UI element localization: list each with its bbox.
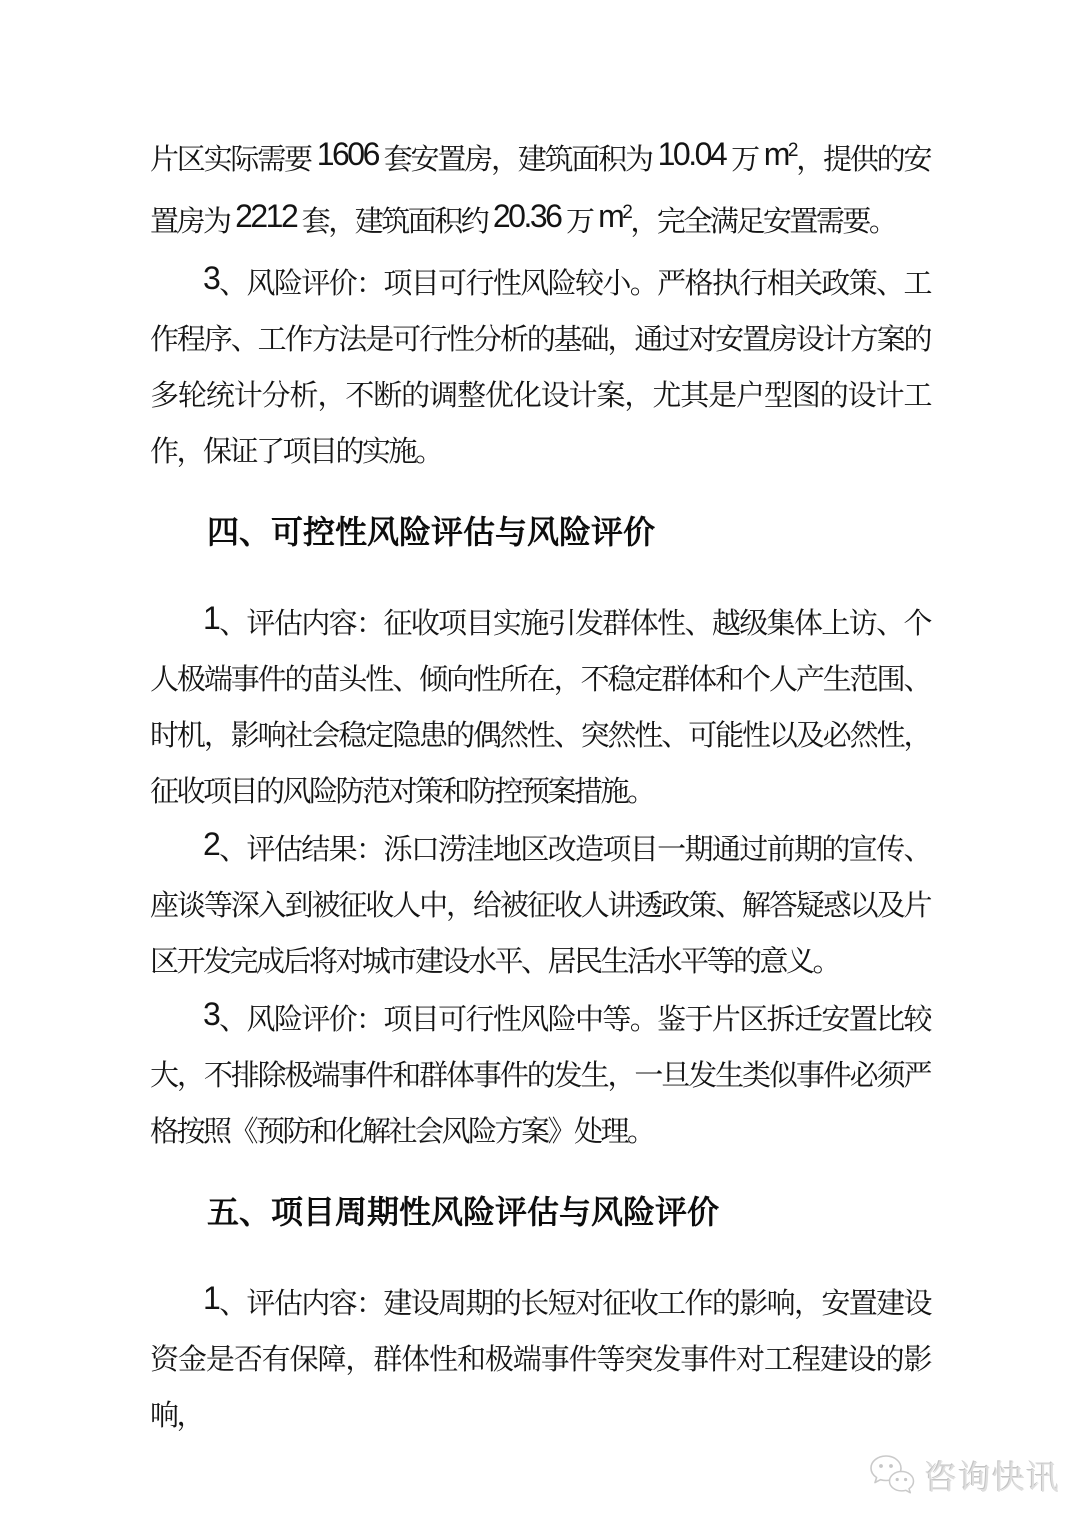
text-segment: 3 — [203, 260, 218, 296]
wechat-icon — [868, 1453, 916, 1499]
document-body: 片区实际需要 1606 套安置房，建筑面积为 10.04 万 m2，提供的安置房… — [150, 130, 930, 1444]
watermark: 咨询快讯 — [868, 1452, 1060, 1499]
text-segment: 五、项目周期性风险评估与风险评价 — [207, 1194, 719, 1230]
text-segment: 2 — [622, 202, 630, 223]
text-segment: m — [764, 136, 788, 172]
text-segment: 、评估内容：建设周期的长短对征收工作的影响，安置建设资金是否有保障，群体性和极端… — [150, 1288, 930, 1432]
text-segment: 2 — [203, 826, 218, 862]
text-segment: 片区实际需要 — [150, 144, 317, 176]
text-segment: 20.36 — [493, 198, 561, 234]
text-segment: 万 — [725, 144, 764, 176]
text-segment: 10.04 — [658, 136, 726, 172]
text-segment: 四、可控性风险评估与风险评价 — [207, 514, 655, 550]
text-segment: 3 — [203, 996, 218, 1032]
text-segment: m — [598, 198, 622, 234]
text-segment: 、风险评价：项目可行性风险较小。严格执行相关政策、工作程序、工作方法是可行性分析… — [150, 268, 930, 468]
text-segment: ，完全满足安置需要。 — [630, 206, 895, 238]
paragraph: 2、评估结果：泺口涝洼地区改造项目一期通过前期的宣传、座谈等深入到被征收人中，给… — [150, 820, 930, 990]
text-segment: 、评估内容：征收项目实施引发群体性、越级集体上访、个人极端事件的苗头性、倾向性所… — [150, 608, 930, 808]
text-segment: 、评估结果：泺口涝洼地区改造项目一期通过前期的宣传、座谈等深入到被征收人中，给被… — [150, 834, 930, 978]
text-segment: 1 — [203, 1280, 218, 1316]
text-segment: 2212 — [235, 198, 296, 234]
paragraph: 3、风险评价：项目可行性风险较小。严格执行相关政策、工作程序、工作方法是可行性分… — [150, 254, 930, 480]
text-segment: 、风险评价：项目可行性风险中等。鉴于片区拆迁安置比较大，不排除极端事件和群体事件… — [150, 1004, 930, 1148]
text-segment: 套安置房，建筑面积为 — [378, 144, 658, 176]
paragraph: 片区实际需要 1606 套安置房，建筑面积为 10.04 万 m2，提供的安置房… — [150, 130, 930, 254]
paragraph: 3、风险评价：项目可行性风险中等。鉴于片区拆迁安置比较大，不排除极端事件和群体事… — [150, 990, 930, 1160]
section-heading: 四、可控性风险评估与风险评价 — [150, 504, 930, 560]
text-segment: 1606 — [317, 136, 378, 172]
text-segment: 万 — [560, 206, 598, 238]
text-segment: 2 — [788, 140, 796, 161]
paragraph: 1、评估内容：建设周期的长短对征收工作的影响，安置建设资金是否有保障，群体性和极… — [150, 1274, 930, 1444]
section-heading: 五、项目周期性风险评估与风险评价 — [150, 1184, 930, 1240]
watermark-label: 咨询快讯 — [924, 1452, 1060, 1499]
text-segment: 1 — [203, 600, 218, 636]
text-segment: 套，建筑面积约 — [296, 206, 493, 238]
paragraph: 1、评估内容：征收项目实施引发群体性、越级集体上访、个人极端事件的苗头性、倾向性… — [150, 594, 930, 820]
document-page: 片区实际需要 1606 套安置房，建筑面积为 10.04 万 m2，提供的安置房… — [0, 0, 1080, 1527]
